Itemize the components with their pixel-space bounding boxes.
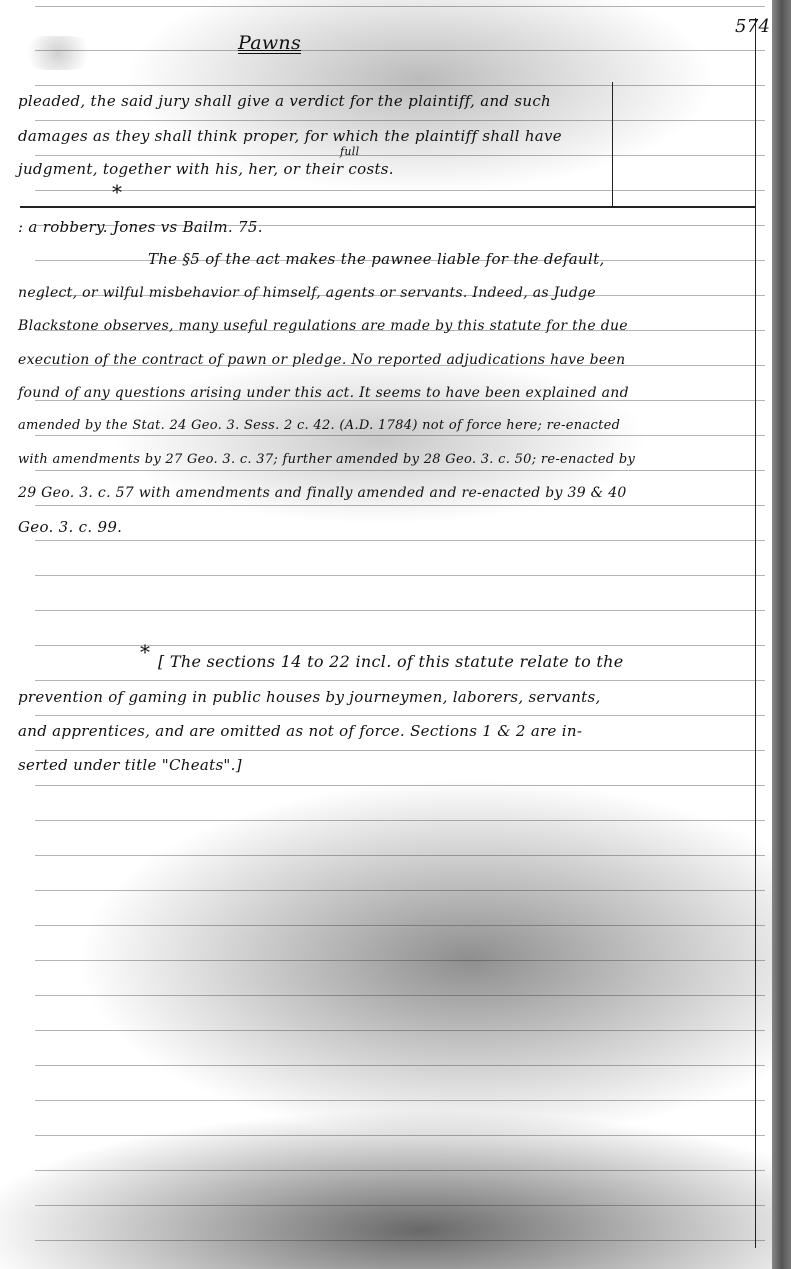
main-line-2: The §5 of the act makes the pawnee liabl… [148, 250, 605, 268]
main-line-7: amended by the Stat. 24 Geo. 3. Sess. 2 … [18, 418, 620, 433]
interlinear-insert: full [340, 145, 359, 158]
ruled-lines [35, 0, 765, 1269]
margin-box-divider [612, 82, 613, 208]
page-number: 574 [735, 16, 770, 37]
upper-line-2: damages as they shall think proper, for … [18, 127, 562, 145]
main-line-6: found of any questions arising under thi… [18, 385, 629, 401]
main-line-10: Geo. 3. c. 99. [18, 518, 122, 536]
footnote-line-3: and apprentices, and are omitted as not … [18, 722, 582, 740]
upper-line-1: pleaded, the said jury shall give a verd… [18, 92, 551, 110]
page-edge-shadow [772, 0, 791, 1269]
main-line-1: : a robbery. Jones vs Bailm. 75. [18, 218, 263, 236]
footnote-line-4: serted under title "Cheats".] [18, 756, 242, 774]
upper-line-3: judgment, together with his, her, or the… [18, 160, 394, 178]
manuscript-page: Pawns 574 pleaded, the said jury shall g… [0, 0, 791, 1269]
main-line-9: 29 Geo. 3. c. 57 with amendments and fin… [18, 485, 627, 501]
main-line-8: with amendments by 27 Geo. 3. c. 37; fur… [18, 452, 635, 467]
footnote-asterisk: * [140, 640, 150, 664]
footnote-line-1: [ The sections 14 to 22 incl. of this st… [158, 652, 624, 671]
main-line-4: Blackstone observes, many useful regulat… [18, 318, 628, 334]
main-line-5: execution of the contract of pawn or ple… [18, 352, 625, 368]
faded-ornament [18, 36, 98, 70]
right-margin-line [755, 18, 756, 1248]
footnote-line-2: prevention of gaming in public houses by… [18, 688, 601, 706]
section-divider-line [20, 206, 755, 208]
main-line-3: neglect, or wilful misbehavior of himsel… [18, 285, 596, 301]
page-title: Pawns [238, 32, 301, 54]
footnote-marker: * [112, 180, 122, 204]
